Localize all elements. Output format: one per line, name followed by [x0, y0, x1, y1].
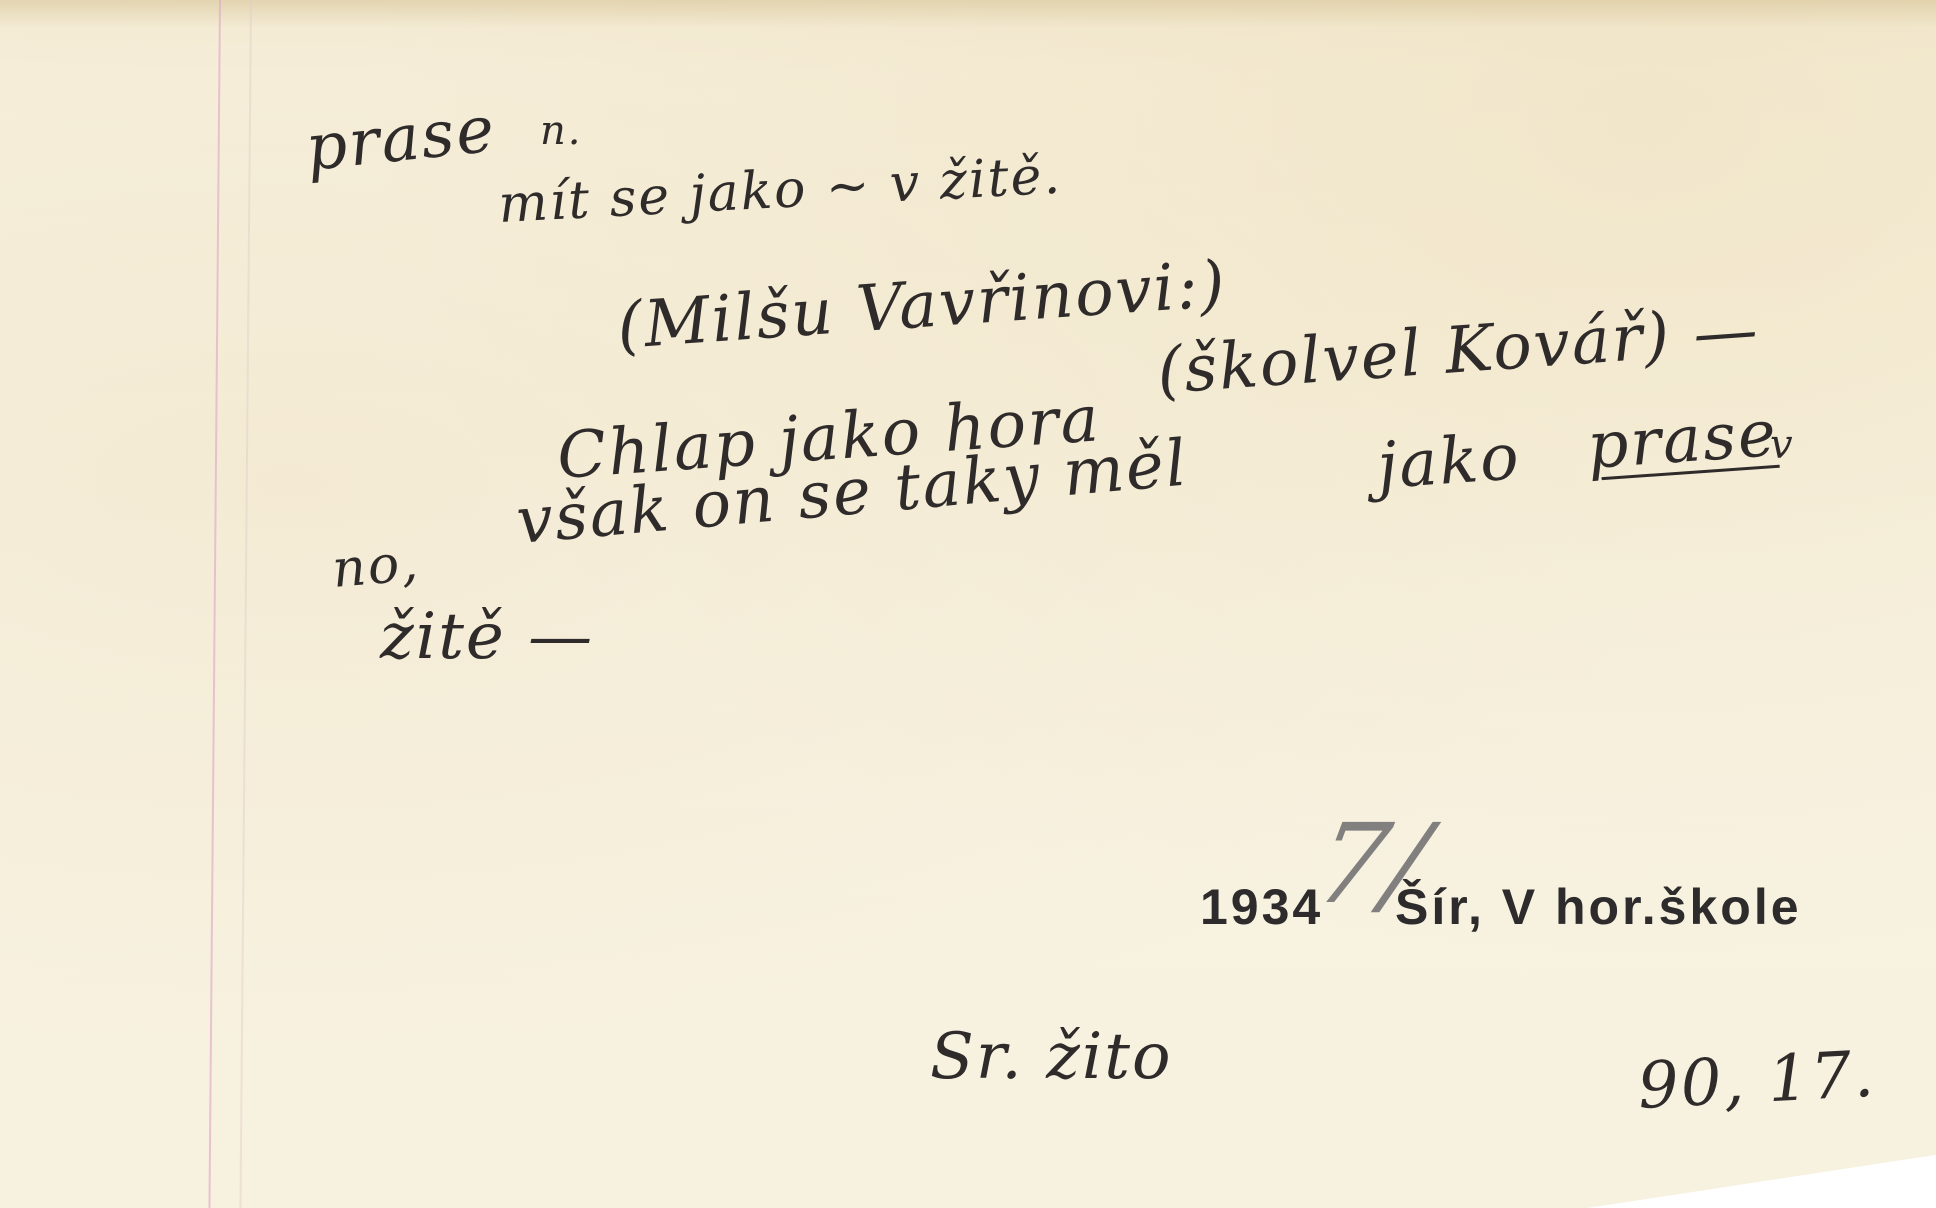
quote-line-1-end: jako [1375, 420, 1523, 504]
headword: prase [302, 92, 499, 186]
stamp-source: Šír, V hor.škole [1395, 879, 1802, 935]
quote-line-3: žitě — [380, 600, 594, 674]
index-card: prase n. mít se jako ~ v žitě. (Milšu Va… [0, 0, 1936, 1208]
speaker-note: (školvel Kovář) — [1155, 293, 1762, 409]
quote-line-2-prefix: no, [330, 533, 422, 600]
source-stamp: 1934 Šír, V hor.škole [1200, 878, 1802, 936]
phrase-line: mít se jako ~ v žitě. [497, 146, 1063, 235]
margin-line-secondary [239, 0, 252, 1208]
margin-line [208, 0, 221, 1208]
stamp-year: 1934 [1200, 879, 1323, 935]
grammar-label: n. [540, 108, 582, 154]
quote-line-1-tail: v [1770, 422, 1795, 468]
quote-attribution: (Milšu Vavřinovi:) [615, 248, 1229, 364]
quote-underlined-word: prase [1585, 397, 1780, 484]
cross-reference: Sr. žito [930, 1020, 1173, 1094]
page-reference: 90, 17. [1636, 1038, 1877, 1124]
